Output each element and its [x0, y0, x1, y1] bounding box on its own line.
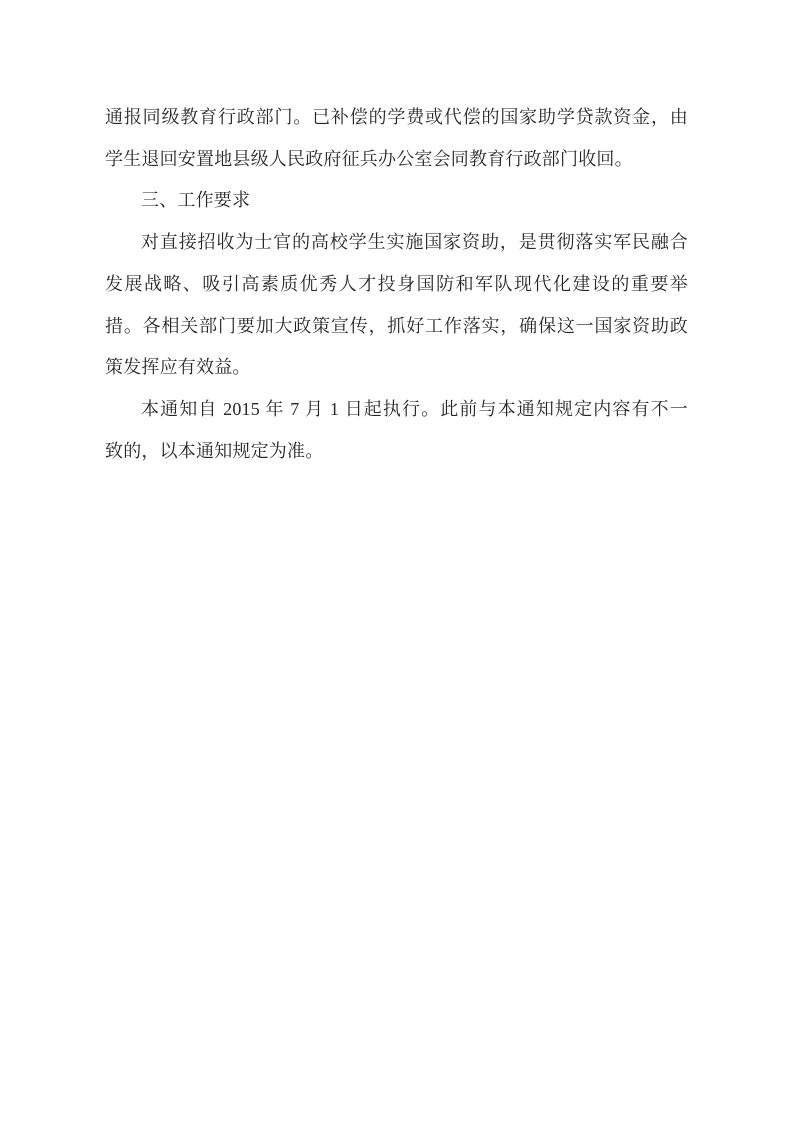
paragraph-line: 致的，以本通知规定为准。 [105, 431, 688, 473]
paragraph-line: 策发挥应有效益。 [105, 347, 688, 389]
paragraph-line: 措。各相关部门要加大政策宣传，抓好工作落实，确保这一国家资助政 [105, 306, 688, 348]
paragraph-line: 发展战略、吸引高素质优秀人才投身国防和军队现代化建设的重要举 [105, 264, 688, 306]
paragraph-line: 通报同级教育行政部门。已补偿的学费或代偿的国家助学贷款资金，由 [105, 97, 688, 139]
section-heading: 三、工作要求 [105, 180, 688, 222]
paragraph-line: 本通知自 2015 年 7 月 1 日起执行。此前与本通知规定内容有不一 [105, 389, 688, 431]
document-page: 通报同级教育行政部门。已补偿的学费或代偿的国家助学贷款资金，由 学生退回安置地县… [0, 0, 793, 1122]
paragraph-line: 学生退回安置地县级人民政府征兵办公室会同教育行政部门收回。 [105, 139, 688, 181]
paragraph-line: 对直接招收为士官的高校学生实施国家资助，是贯彻落实军民融合 [105, 222, 688, 264]
document-body: 通报同级教育行政部门。已补偿的学费或代偿的国家助学贷款资金，由 学生退回安置地县… [105, 97, 688, 472]
